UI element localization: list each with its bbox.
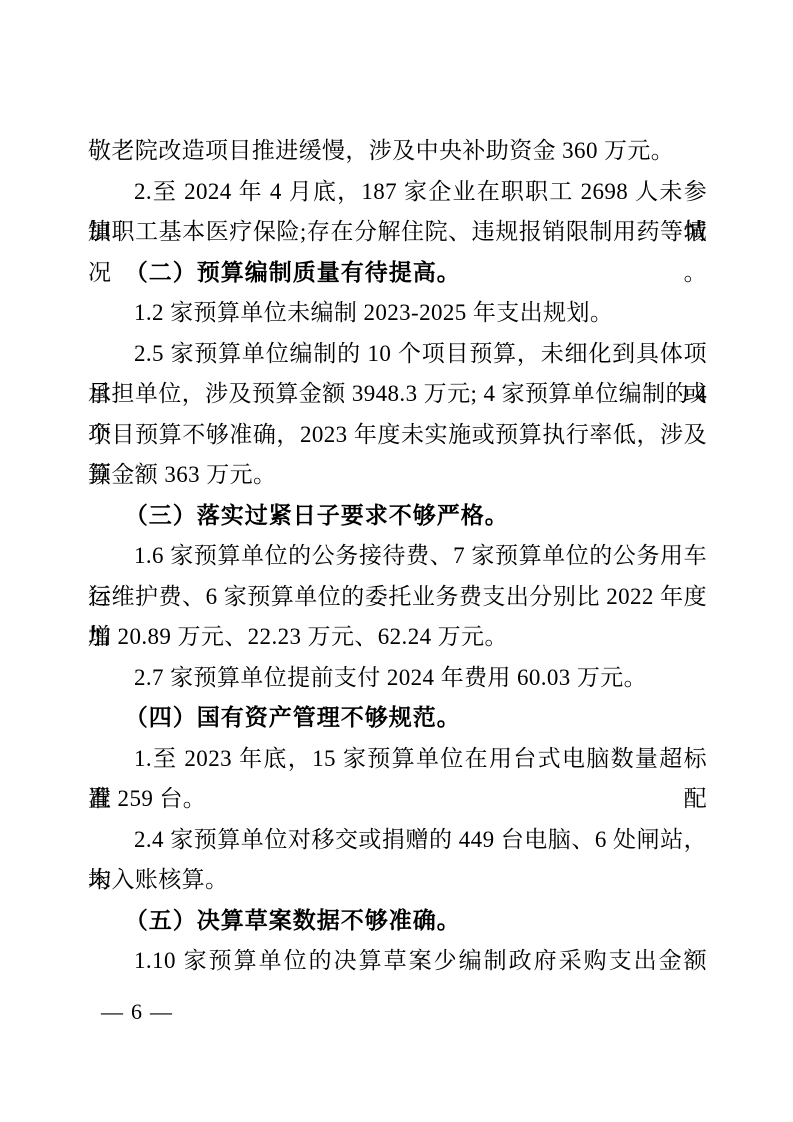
paragraph-line: 行维护费、6 家预算单位的委托业务费支出分别比 2022 年度增 <box>88 577 707 618</box>
page-number: 6 <box>131 999 142 1024</box>
section-heading: （三）落实过紧日子要求不够严格。 <box>88 496 707 537</box>
paragraph-line: 1.至 2023 年底，15 家预算单位在用台式电脑数量超标准配 <box>88 739 707 780</box>
paragraph-line: 2.至 2024 年 4 月底，187 家企业在职职工 2698 人未参加城 <box>88 172 707 213</box>
paragraph-line: 加 20.89 万元、22.23 万元、62.24 万元。 <box>88 617 707 658</box>
paragraph-line: 镇职工基本医疗保险;存在分解住院、违规报销限制用药等情况。 <box>88 212 707 253</box>
paragraph-line: 项目预算不够准确，2023 年度未实施或预算执行率低，涉及预 <box>88 415 707 456</box>
document-page: 敬老院改造项目推进缓慢，涉及中央补助资金 360 万元。 2.至 2024 年 … <box>0 0 793 1122</box>
paragraph-line: 1.6 家预算单位的公务接待费、7 家预算单位的公务用车运 <box>88 536 707 577</box>
document-body: 敬老院改造项目推进缓慢，涉及中央补助资金 360 万元。 2.至 2024 年 … <box>88 131 707 982</box>
page-footer: —6— <box>101 998 172 1026</box>
paragraph-line: 1.10 家预算单位的决算草案少编制政府采购支出金额 <box>88 941 707 982</box>
section-heading: （四）国有资产管理不够规范。 <box>88 698 707 739</box>
paragraph-line: 算金额 363 万元。 <box>88 455 707 496</box>
paragraph-line: 2.5 家预算单位编制的 10 个项目预算，未细化到具体项目或 <box>88 334 707 375</box>
footer-left-dash: — <box>101 999 123 1024</box>
paragraph-line: 敬老院改造项目推进缓慢，涉及中央补助资金 360 万元。 <box>88 131 707 172</box>
footer-right-dash: — <box>150 999 172 1024</box>
paragraph-line: 2.7 家预算单位提前支付 2024 年费用 60.03 万元。 <box>88 658 707 699</box>
paragraph-line: 1.2 家预算单位未编制 2023-2025 年支出规划。 <box>88 293 707 334</box>
paragraph-line: 承担单位，涉及预算金额 3948.3 万元; 4 家预算单位编制的 4 个 <box>88 374 707 415</box>
section-heading: （五）决算草案数据不够准确。 <box>88 901 707 942</box>
paragraph-line: 2.4 家预算单位对移交或捐赠的 449 台电脑、6 处闸站，均 <box>88 820 707 861</box>
paragraph-line: 未入账核算。 <box>88 860 707 901</box>
